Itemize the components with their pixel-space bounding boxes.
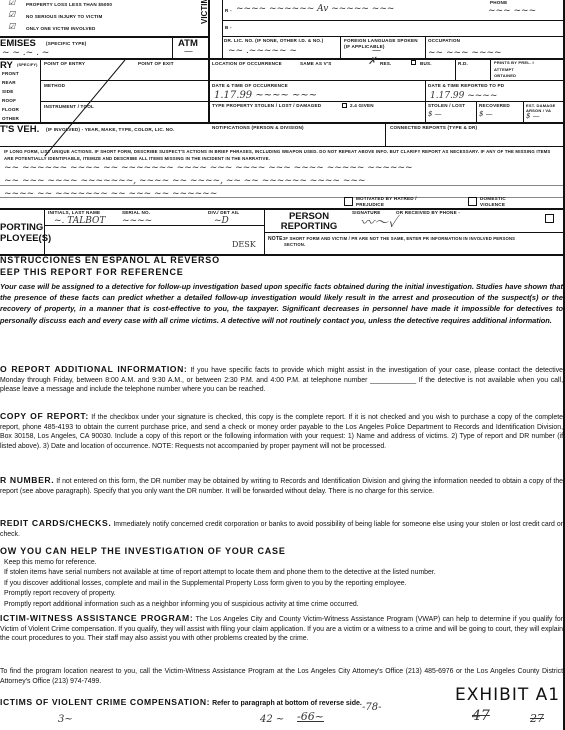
checklist-item: ONLY ONE VICTIM INVOLVED <box>26 26 96 31</box>
narrative-line[interactable]: ~~ ~~~ ~~~~ ~~~~~~~, ~~~~ ~~ ~~~~, ~~ ~~… <box>4 176 365 186</box>
desk-value[interactable]: DESK <box>232 240 256 249</box>
given-label: 2.4 GIVEN <box>350 103 374 108</box>
location-label: LOCATION OF OCCURRENCE <box>212 61 282 66</box>
page-mark: 42 ~ <box>260 714 284 725</box>
est-damage-value[interactable]: $ — <box>526 112 540 120</box>
phone-value[interactable]: ~~~ ~~~ <box>488 6 536 16</box>
violent-crime-line: ICTIMS OF VIOLENT CRIME COMPENSATION: Re… <box>0 697 362 707</box>
checklist-item: NO SERIOUS INJURY TO VICTIM <box>26 14 103 19</box>
point-of-exit-label: POINT OF EXIT <box>138 61 174 66</box>
page-mark: 3~ <box>58 714 73 725</box>
dr-number-heading: R NUMBER. <box>0 475 54 485</box>
vwap-paragraph: ICTIM-WITNESS ASSISTANCE PROGRAM: The Lo… <box>0 614 563 644</box>
checklist-item: PROPERTY LOSS LESS THAN $5000 <box>26 2 112 7</box>
entry-label: RY <box>0 60 13 71</box>
additional-info-paragraph: O REPORT ADDITIONAL INFORMATION: If you … <box>0 365 563 395</box>
stolen-lost-value[interactable]: $ — <box>428 110 442 118</box>
occupation-label: OCCUPATION <box>428 38 460 43</box>
vehicle-sub-label: (IF INVOLVED) - YEAR, MAKE, TYPE, COLOR,… <box>46 127 175 132</box>
note-text: IF SHORT FORM AND VICTIM / PR ARE NOT TH… <box>284 236 534 248</box>
dl-value[interactable]: ~~ .~~~~~ ~ <box>228 46 297 56</box>
recovered-label: RECOVERED <box>479 103 510 108</box>
bus-checkbox[interactable] <box>411 60 416 65</box>
vwap-heading: ICTIM-WITNESS ASSISTANCE PROGRAM: <box>0 613 193 623</box>
credit-cards-paragraph: REDIT CARDS/CHECKS. Immediately notify c… <box>0 519 563 539</box>
check-mark-icon: ☑ <box>8 10 15 19</box>
serial-label: SERIAL NO. <box>122 210 150 215</box>
narrative-line[interactable]: ~~~~ ~~ ~~~~~~~ ~~ ~~~ ~~ ~~~~~~ <box>4 189 217 199</box>
prints-attempt-label: ATTEMPT <box>494 67 514 72</box>
same-as-vs-label: SAME AS V'S <box>300 61 331 66</box>
page-mark: 47 <box>472 708 490 724</box>
dr-number-paragraph: R NUMBER. If not entered on this form, t… <box>0 476 563 496</box>
entry-option[interactable]: OTHER <box>2 116 19 121</box>
entry-option[interactable]: SIDE <box>2 89 14 94</box>
victim-address-prefix: R - <box>225 8 232 13</box>
page-mark: 27 <box>530 712 544 725</box>
victim-vertical-label: VICTIM <box>200 0 209 24</box>
help-item: Keep this memo for reference. <box>4 559 97 566</box>
copy-report-heading: COPY OF REPORT: <box>0 411 89 421</box>
rd-label: R.D. <box>458 61 468 66</box>
notifications-label: NOTIFICATIONS (PERSON & DIVISION) <box>212 125 304 130</box>
spanish-instructions-heading: NSTRUCCIONES EN ESPANOL AL REVERSO <box>0 255 220 265</box>
victim-b-prefix: B - <box>225 25 232 30</box>
entry-option[interactable]: ROOF <box>2 98 16 103</box>
keep-report-heading: EEP THIS REPORT FOR REFERENCE <box>0 267 184 277</box>
page-mark: -66~ <box>297 710 324 723</box>
received-by-phone-label: OR RECEIVED BY PHONE - <box>396 210 460 215</box>
motivated-checkbox[interactable] <box>344 197 353 206</box>
victim-address-value[interactable]: ~~~~ ~~~~~~ Av ~~~~~ ~~~ <box>236 4 394 14</box>
domestic-checkbox[interactable] <box>468 197 477 206</box>
help-item: If you discover additional losses, compl… <box>4 580 407 587</box>
div-label: DIV./ DET AIL <box>208 210 239 215</box>
help-item: Promptly report recovery of property. <box>4 590 116 597</box>
reporting-label: PORTING <box>0 222 43 233</box>
res-check-mark-icon[interactable]: ✗ <box>368 56 376 67</box>
date-reported-value[interactable]: 1.17.99 ~~~~ <box>430 91 497 101</box>
premises-sub-label: (SPECIFIC TYPE) <box>46 41 87 46</box>
complete-report-checkbox[interactable] <box>545 214 554 223</box>
program-location-paragraph: To find the program location nearest to … <box>0 667 563 686</box>
page-mark: -78- <box>362 702 381 713</box>
employees-label: PLOYEE(S) <box>0 233 51 244</box>
entry-sub-label: (SPECIFY) <box>17 63 38 67</box>
foreign-language-value[interactable]: — <box>372 46 381 56</box>
given-checkbox[interactable] <box>342 103 347 108</box>
dr-number-text: If not entered on this form, the DR numb… <box>0 478 563 495</box>
date-reported-label: DATE & TIME REPORTED TO PD <box>428 83 504 88</box>
premises-value[interactable]: ~ ~ .~ . ~ <box>2 48 49 58</box>
narrative-instructions: IF LONG FORM, LIST UNIQUE ACTIONS. IF SH… <box>4 149 560 162</box>
property-type-label: TYPE PROPERTY STOLEN / LOST / DAMAGED <box>212 103 321 108</box>
signature-value[interactable]: 〰〜✓ <box>360 212 397 232</box>
date-time-value[interactable]: 1.17.99 ~~~~ ~~~ <box>214 90 317 101</box>
narrative-line[interactable]: ~~ ~~~~~~ ~~~~ ~~ ~~~~~~~ ~~~~ ~~~ ~~~~ … <box>4 163 413 173</box>
stolen-lost-label: STOLEN / LOST <box>428 103 465 108</box>
div-value[interactable]: ~D <box>214 216 229 226</box>
help-investigation-heading: OW YOU CAN HELP THE INVESTIGATION OF YOU… <box>0 546 286 556</box>
connected-reports-label: CONNECTED REPORTS (TYPE & DR) <box>390 125 477 130</box>
intro-paragraph: Your case will be assigned to a detectiv… <box>0 281 563 326</box>
recovered-value[interactable]: $ — <box>479 110 493 118</box>
date-time-label: DATE & TIME OF OCCURRENCE <box>212 83 288 88</box>
foreign-language-label: FOREIGN LANGUAGE SPOKEN (IF APPLICABLE) <box>344 38 424 49</box>
serial-value[interactable]: ~~~~ <box>122 216 152 226</box>
entry-option[interactable]: FRONT <box>2 71 19 76</box>
exhibit-label: EXHIBIT A1 <box>455 685 560 705</box>
prints-obtained-label: OBTAINED <box>494 73 516 78</box>
top-checklist: ☑ PROPERTY LOSS LESS THAN $5000 ☑ NO SER… <box>0 0 210 32</box>
vehicle-label: T'S VEH. <box>0 124 39 135</box>
copy-report-paragraph: COPY OF REPORT: If the checkbox under yo… <box>0 412 563 451</box>
additional-info-heading: O REPORT ADDITIONAL INFORMATION: <box>0 364 187 374</box>
prints-label: PRINTS BY PREL. I <box>494 60 534 65</box>
domestic-label: DOMESTIC VIOLENCE <box>480 196 520 207</box>
res-label: RES. <box>380 61 392 66</box>
entry-option[interactable]: FLOOR <box>2 107 19 112</box>
check-mark-icon: ☑ <box>8 0 15 7</box>
help-item: Promptly report additional information s… <box>4 601 359 608</box>
initials-value[interactable]: ~. TALBOT <box>54 216 105 226</box>
motivated-label: MOTIVATED BY HATRED / PREJUDICE <box>356 196 436 207</box>
dl-label: DR. LIC. NO. (IF NONE, OTHER I.D. & NO.) <box>224 38 323 43</box>
person-reporting-label: PERSON REPORTING <box>274 212 344 232</box>
credit-cards-heading: REDIT CARDS/CHECKS. <box>0 518 111 528</box>
help-item: If stolen items have serial numbers not … <box>4 569 436 576</box>
strike-through-line <box>40 58 130 158</box>
atm-value[interactable]: — <box>184 47 193 57</box>
bus-label: BUS. <box>420 61 432 66</box>
violent-crime-heading: ICTIMS OF VIOLENT CRIME COMPENSATION: <box>0 697 210 707</box>
phone-label: PHONE <box>490 0 507 5</box>
occupation-value[interactable]: ~~ ~~~ ~~~~ <box>428 48 502 58</box>
check-mark-icon: ☑ <box>8 22 15 31</box>
note-label: NOTE: <box>268 236 285 242</box>
initials-label: INITIALS, LAST NAME <box>48 210 100 215</box>
violent-crime-text: Refer to paragraph at bottom of reverse … <box>212 700 362 707</box>
entry-option[interactable]: REAR <box>2 80 16 85</box>
